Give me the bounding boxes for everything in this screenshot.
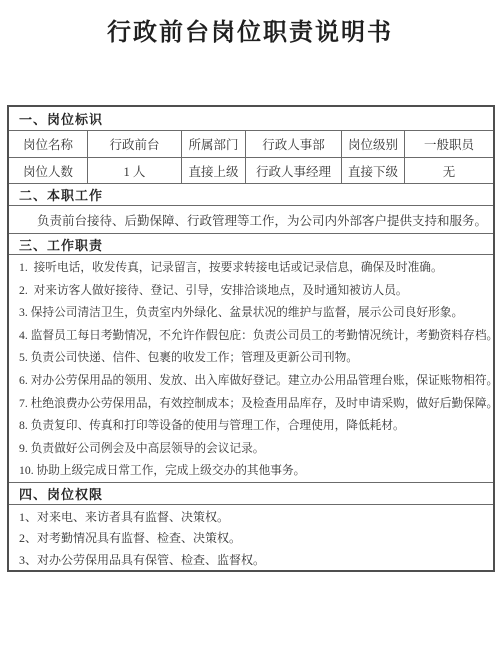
section-heading-identification: 一、岗位标识	[9, 107, 493, 130]
duty-item-8: 8. 负责复印、传真和打印等设备的使用与管理工作，合理使用，降低耗材。	[19, 415, 493, 438]
label-position-level: 岗位级别	[341, 131, 404, 157]
identification-row-2: 岗位人数 1 人 直接上级 行政人事经理 直接下级 无	[9, 157, 493, 183]
duty-item-6: 6. 对办公劳保用品的领用、发放、出入库做好登记。建立办公用品管理台账，保证账物…	[19, 370, 493, 393]
label-position-name: 岗位名称	[9, 131, 87, 157]
label-headcount: 岗位人数	[9, 158, 87, 183]
duties-list: 1. 接听电话，收发传真，记录留言，按要求转接电话或记录信息，确保及时准确。 2…	[9, 254, 493, 482]
value-headcount: 1 人	[87, 158, 181, 183]
identification-row-1: 岗位名称 行政前台 所属部门 行政人事部 岗位级别 一般职员	[9, 130, 493, 157]
value-department: 行政人事部	[245, 131, 341, 157]
authority-list: 1、对来电、来访者具有监督、决策权。 2、对考勤情况具有监督、检查、决策权。 3…	[9, 504, 493, 570]
authority-item-2: 2、对考勤情况具有监督、检查、决策权。	[19, 528, 493, 549]
section-heading-duties: 三、工作职责	[9, 233, 493, 254]
authority-item-1: 1、对来电、来访者具有监督、决策权。	[19, 507, 493, 528]
duty-item-1: 1. 接听电话，收发传真，记录留言，按要求转接电话或记录信息，确保及时准确。	[19, 257, 493, 280]
duty-item-2: 2. 对来访客人做好接待、登记、引导，安排洽谈地点，及时通知被访人员。	[19, 280, 493, 303]
document-page: 行政前台岗位职责说明书 一、岗位标识 岗位名称 行政前台 所属部门 行政人事部 …	[0, 0, 500, 666]
duty-item-9: 9. 负责做好公司例会及中高层领导的会议记录。	[19, 438, 493, 461]
duty-item-5: 5. 负责公司快递、信件、包裹的收发工作；管理及更新公司刊物。	[19, 347, 493, 370]
value-direct-subordinate: 无	[404, 158, 493, 183]
duty-item-3: 3. 保持公司清洁卫生，负责室内外绿化、盆景状况的维护与监督，展示公司良好形象。	[19, 302, 493, 325]
duty-item-4: 4. 监督员工每日考勤情况，不允许作假包庇：负责公司员工的考勤情况统计，考勤资料…	[19, 325, 493, 348]
authority-item-3: 3、对办公劳保用品具有保管、检查、监督权。	[19, 550, 493, 570]
main-job-content: 负责前台接待、后勤保障、行政管理等工作，为公司内外部客户提供支持和服务。	[9, 205, 493, 233]
value-direct-superior: 行政人事经理	[245, 158, 341, 183]
value-position-name: 行政前台	[87, 131, 181, 157]
label-department: 所属部门	[181, 131, 245, 157]
duty-item-10: 10. 协助上级完成日常工作，完成上级交办的其他事务。	[19, 460, 493, 482]
label-direct-superior: 直接上级	[181, 158, 245, 183]
section-heading-main-job: 二、本职工作	[9, 183, 493, 205]
duty-item-7: 7. 杜绝浪费办公劳保用品，有效控制成本；及检查用品库存，及时申请采购，做好后勤…	[19, 393, 493, 416]
value-position-level: 一般职员	[404, 131, 493, 157]
label-direct-subordinate: 直接下级	[341, 158, 404, 183]
job-description-table: 一、岗位标识 岗位名称 行政前台 所属部门 行政人事部 岗位级别 一般职员 岗位…	[7, 105, 495, 572]
document-title: 行政前台岗位职责说明书	[0, 12, 500, 47]
section-heading-authority: 四、岗位权限	[9, 482, 493, 504]
